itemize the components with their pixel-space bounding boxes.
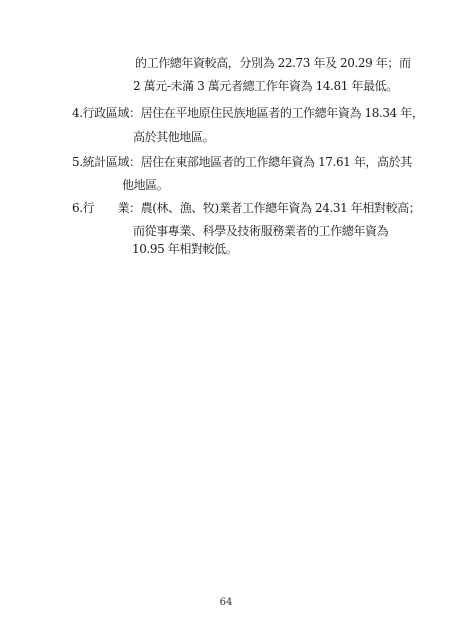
- list-item-5-line-1: 5.統計區域：居住在東部地區者的工作總年資為 17.61 年，高於其: [72, 154, 412, 170]
- list-item-5-line-2: 他地區。: [122, 177, 168, 193]
- page-number: 64: [0, 597, 452, 608]
- document-page: 的工作總年資較高，分別為 22.73 年及 20.29 年；而 2 萬元-未滿 …: [0, 0, 452, 640]
- list-item-6-line-2: 而從事專業、科學及技術服務業者的工作總年資為: [133, 223, 388, 239]
- list-item-6-line-3: 10.95 年相對較低。: [132, 241, 237, 257]
- paragraph-continuation-line-1: 的工作總年資較高，分別為 22.73 年及 20.29 年；而: [135, 55, 411, 71]
- list-item-4-line-2: 高於其他地區。: [133, 129, 214, 145]
- list-item-6-line-1: 6.行 業：農(林、漁、牧)業者工作總年資為 24.31 年相對較高；: [72, 200, 420, 216]
- paragraph-continuation-line-2: 2 萬元-未滿 3 萬元者總工作年資為 14.81 年最低。: [133, 78, 398, 94]
- list-item-4-line-1: 4.行政區域：居住在平地原住民族地區者的工作總年資為 18.34 年，: [72, 105, 423, 121]
